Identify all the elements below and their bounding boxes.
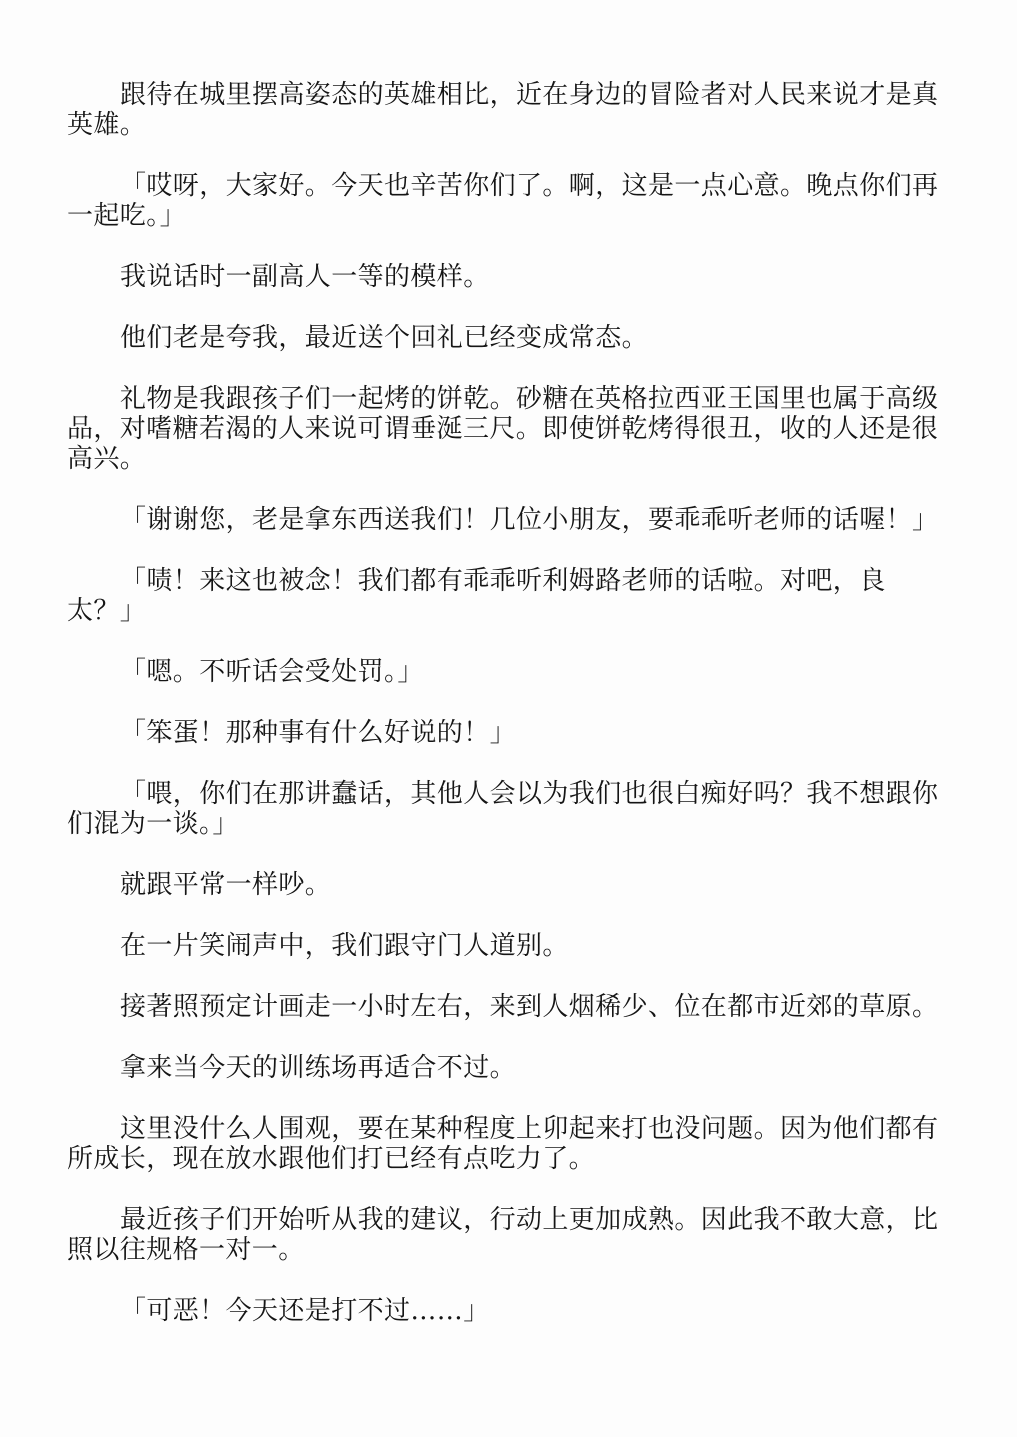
paragraph-7: 「啧！来这也被念！我们都有乖乖听利姆路老师的话啦。对吧，良 太？」 <box>67 566 947 626</box>
paragraph-line: 们混为一谈。」 <box>67 809 947 839</box>
paragraph-line: 最近孩子们开始听从我的建议，行动上更加成熟。因此我不敢大意，比 <box>67 1205 947 1235</box>
paragraph-line: 他们老是夸我，最近送个回礼已经变成常态。 <box>67 323 947 353</box>
paragraph-line: 太？」 <box>67 596 947 626</box>
paragraph-line: 一起吃。」 <box>67 201 947 231</box>
paragraph-3: 我说话时一副高人一等的模样。 <box>67 262 947 292</box>
document-page: 跟待在城里摆高姿态的英雄相比，近在身边的冒险者对人民来说才是真 英雄。 「哎呀，… <box>67 80 947 1357</box>
paragraph-14: 拿来当今天的训练场再适合不过。 <box>67 1053 947 1083</box>
paragraph-11: 就跟平常一样吵。 <box>67 870 947 900</box>
paragraph-line: 「啧！来这也被念！我们都有乖乖听利姆路老师的话啦。对吧，良 <box>67 566 947 596</box>
paragraph-line: 我说话时一副高人一等的模样。 <box>67 262 947 292</box>
paragraph-1: 跟待在城里摆高姿态的英雄相比，近在身边的冒险者对人民来说才是真 英雄。 <box>67 80 947 140</box>
paragraph-17: 「可恶！今天还是打不过……」 <box>67 1296 947 1326</box>
paragraph-4: 他们老是夸我，最近送个回礼已经变成常态。 <box>67 323 947 353</box>
paragraph-line: 在一片笑闹声中，我们跟守门人道别。 <box>67 931 947 961</box>
paragraph-line: 「哎呀，大家好。今天也辛苦你们了。啊，这是一点心意。晚点你们再 <box>67 171 947 201</box>
paragraph-10: 「喂，你们在那讲蠢话，其他人会以为我们也很白痴好吗？我不想跟你 们混为一谈。」 <box>67 779 947 839</box>
paragraph-line: 「喂，你们在那讲蠢话，其他人会以为我们也很白痴好吗？我不想跟你 <box>67 779 947 809</box>
paragraph-line: 「谢谢您，老是拿东西送我们！几位小朋友，要乖乖听老师的话喔！」 <box>67 505 947 535</box>
paragraph-line: 「笨蛋！那种事有什么好说的！」 <box>67 718 947 748</box>
paragraph-line: 这里没什么人围观，要在某种程度上卯起来打也没问题。因为他们都有 <box>67 1114 947 1144</box>
paragraph-line: 礼物是我跟孩子们一起烤的饼乾。砂糖在英格拉西亚王国里也属于高级 <box>67 384 947 414</box>
paragraph-line: 高兴。 <box>67 444 947 474</box>
paragraph-8: 「嗯。不听话会受处罚。」 <box>67 657 947 687</box>
paragraph-line: 就跟平常一样吵。 <box>67 870 947 900</box>
paragraph-line: 英雄。 <box>67 110 947 140</box>
paragraph-12: 在一片笑闹声中，我们跟守门人道别。 <box>67 931 947 961</box>
paragraph-16: 最近孩子们开始听从我的建议，行动上更加成熟。因此我不敢大意，比 照以往规格一对一… <box>67 1205 947 1265</box>
paragraph-6: 「谢谢您，老是拿东西送我们！几位小朋友，要乖乖听老师的话喔！」 <box>67 505 947 535</box>
paragraph-line: 「嗯。不听话会受处罚。」 <box>67 657 947 687</box>
paragraph-15: 这里没什么人围观，要在某种程度上卯起来打也没问题。因为他们都有 所成长，现在放水… <box>67 1114 947 1174</box>
paragraph-5: 礼物是我跟孩子们一起烤的饼乾。砂糖在英格拉西亚王国里也属于高级 品，对嗜糖若渴的… <box>67 384 947 474</box>
paragraph-line: 接著照预定计画走一小时左右，来到人烟稀少、位在都市近郊的草原。 <box>67 992 947 1022</box>
paragraph-9: 「笨蛋！那种事有什么好说的！」 <box>67 718 947 748</box>
paragraph-line: 照以往规格一对一。 <box>67 1235 947 1265</box>
paragraph-line: 跟待在城里摆高姿态的英雄相比，近在身边的冒险者对人民来说才是真 <box>67 80 947 110</box>
paragraph-line: 品，对嗜糖若渴的人来说可谓垂涎三尺。即使饼乾烤得很丑，收的人还是很 <box>67 414 947 444</box>
paragraph-line: 「可恶！今天还是打不过……」 <box>67 1296 947 1326</box>
paragraph-2: 「哎呀，大家好。今天也辛苦你们了。啊，这是一点心意。晚点你们再 一起吃。」 <box>67 171 947 231</box>
paragraph-line: 所成长，现在放水跟他们打已经有点吃力了。 <box>67 1144 947 1174</box>
paragraph-13: 接著照预定计画走一小时左右，来到人烟稀少、位在都市近郊的草原。 <box>67 992 947 1022</box>
paragraph-line: 拿来当今天的训练场再适合不过。 <box>67 1053 947 1083</box>
